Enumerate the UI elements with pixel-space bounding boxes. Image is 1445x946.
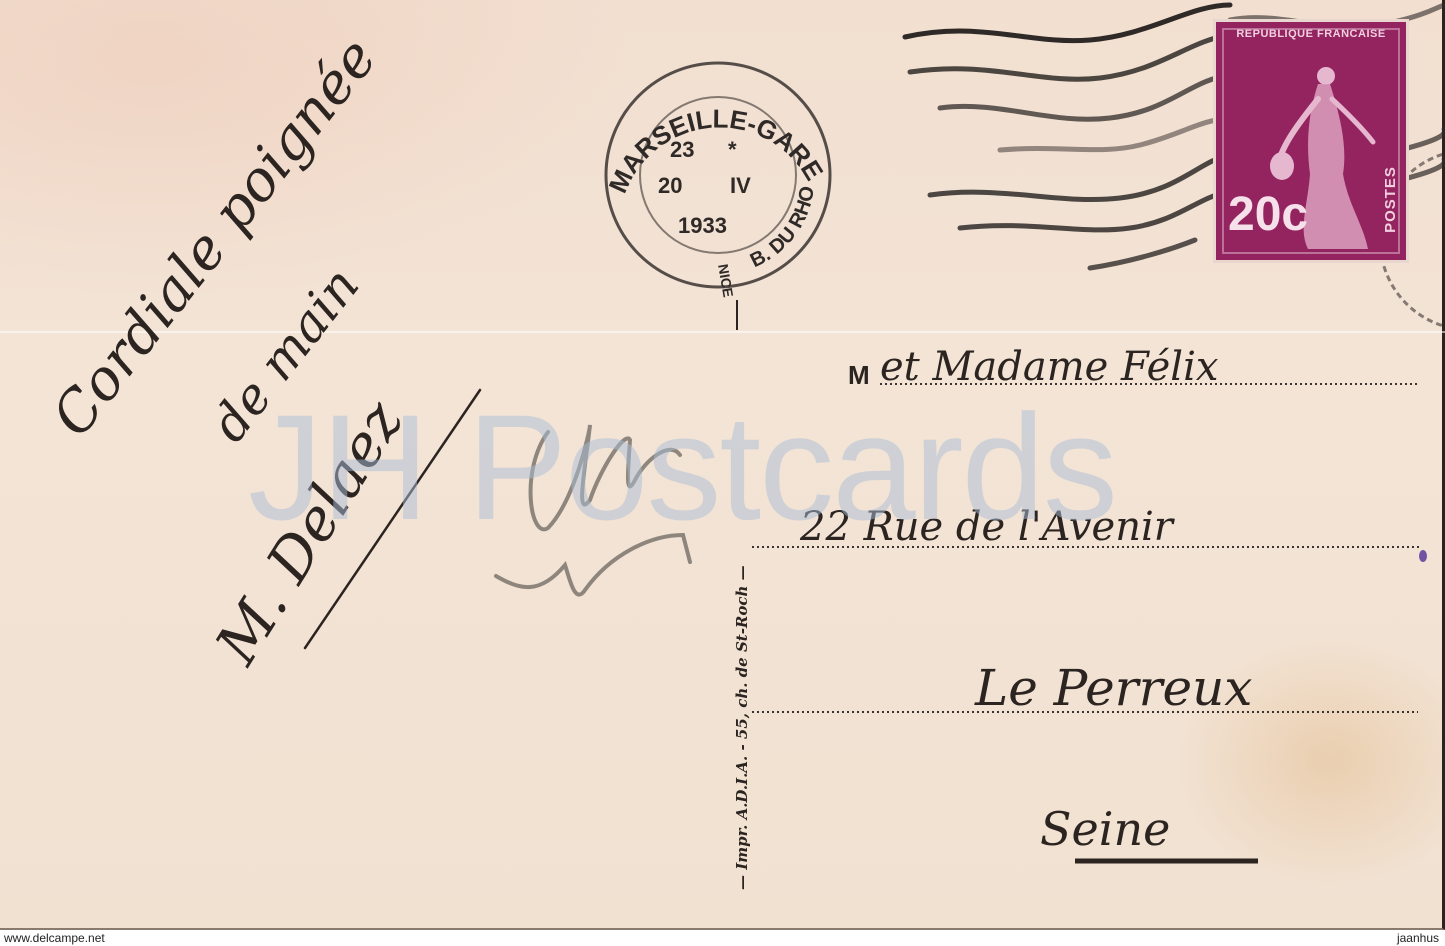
- svg-text:20: 20: [658, 173, 682, 198]
- postmark: MARSEILLE-GARE B. DU RHONE 23 * 20 IV 19…: [603, 63, 830, 298]
- address-city: Le Perreux: [974, 659, 1252, 717]
- seller-name: jaanhus: [1397, 931, 1439, 945]
- ink-spot: [1419, 550, 1427, 562]
- svg-text:23: 23: [670, 137, 694, 162]
- svg-text:*: *: [728, 137, 737, 162]
- stamp-postes-label: POSTES: [1382, 166, 1399, 233]
- address-department: Seine: [1040, 802, 1170, 856]
- svg-text:IV: IV: [730, 173, 751, 198]
- stamp-country: REPUBLIQUE FRANCAISE: [1216, 28, 1406, 40]
- footer-bar: www.delcampe.net jaanhus: [0, 930, 1445, 946]
- svg-text:NICE: NICE: [715, 263, 737, 299]
- postcard-back: MARSEILLE-GARE B. DU RHONE 23 * 20 IV 19…: [0, 0, 1445, 930]
- handwritten-message: Cordiale poignée de main M. Delaez: [40, 26, 480, 676]
- source-link[interactable]: www.delcampe.net: [4, 931, 105, 945]
- watermark: JH Postcards: [248, 392, 1116, 542]
- address-prefix: M: [848, 360, 870, 391]
- stamp-value: 20c: [1228, 187, 1308, 242]
- printer-imprint: — Impr. A.D.I.A. - 55, ch. de St-Roch —: [733, 565, 751, 890]
- postage-stamp: REPUBLIQUE FRANCAISE 20c POSTES: [1216, 22, 1406, 260]
- svg-text:1933: 1933: [678, 213, 727, 238]
